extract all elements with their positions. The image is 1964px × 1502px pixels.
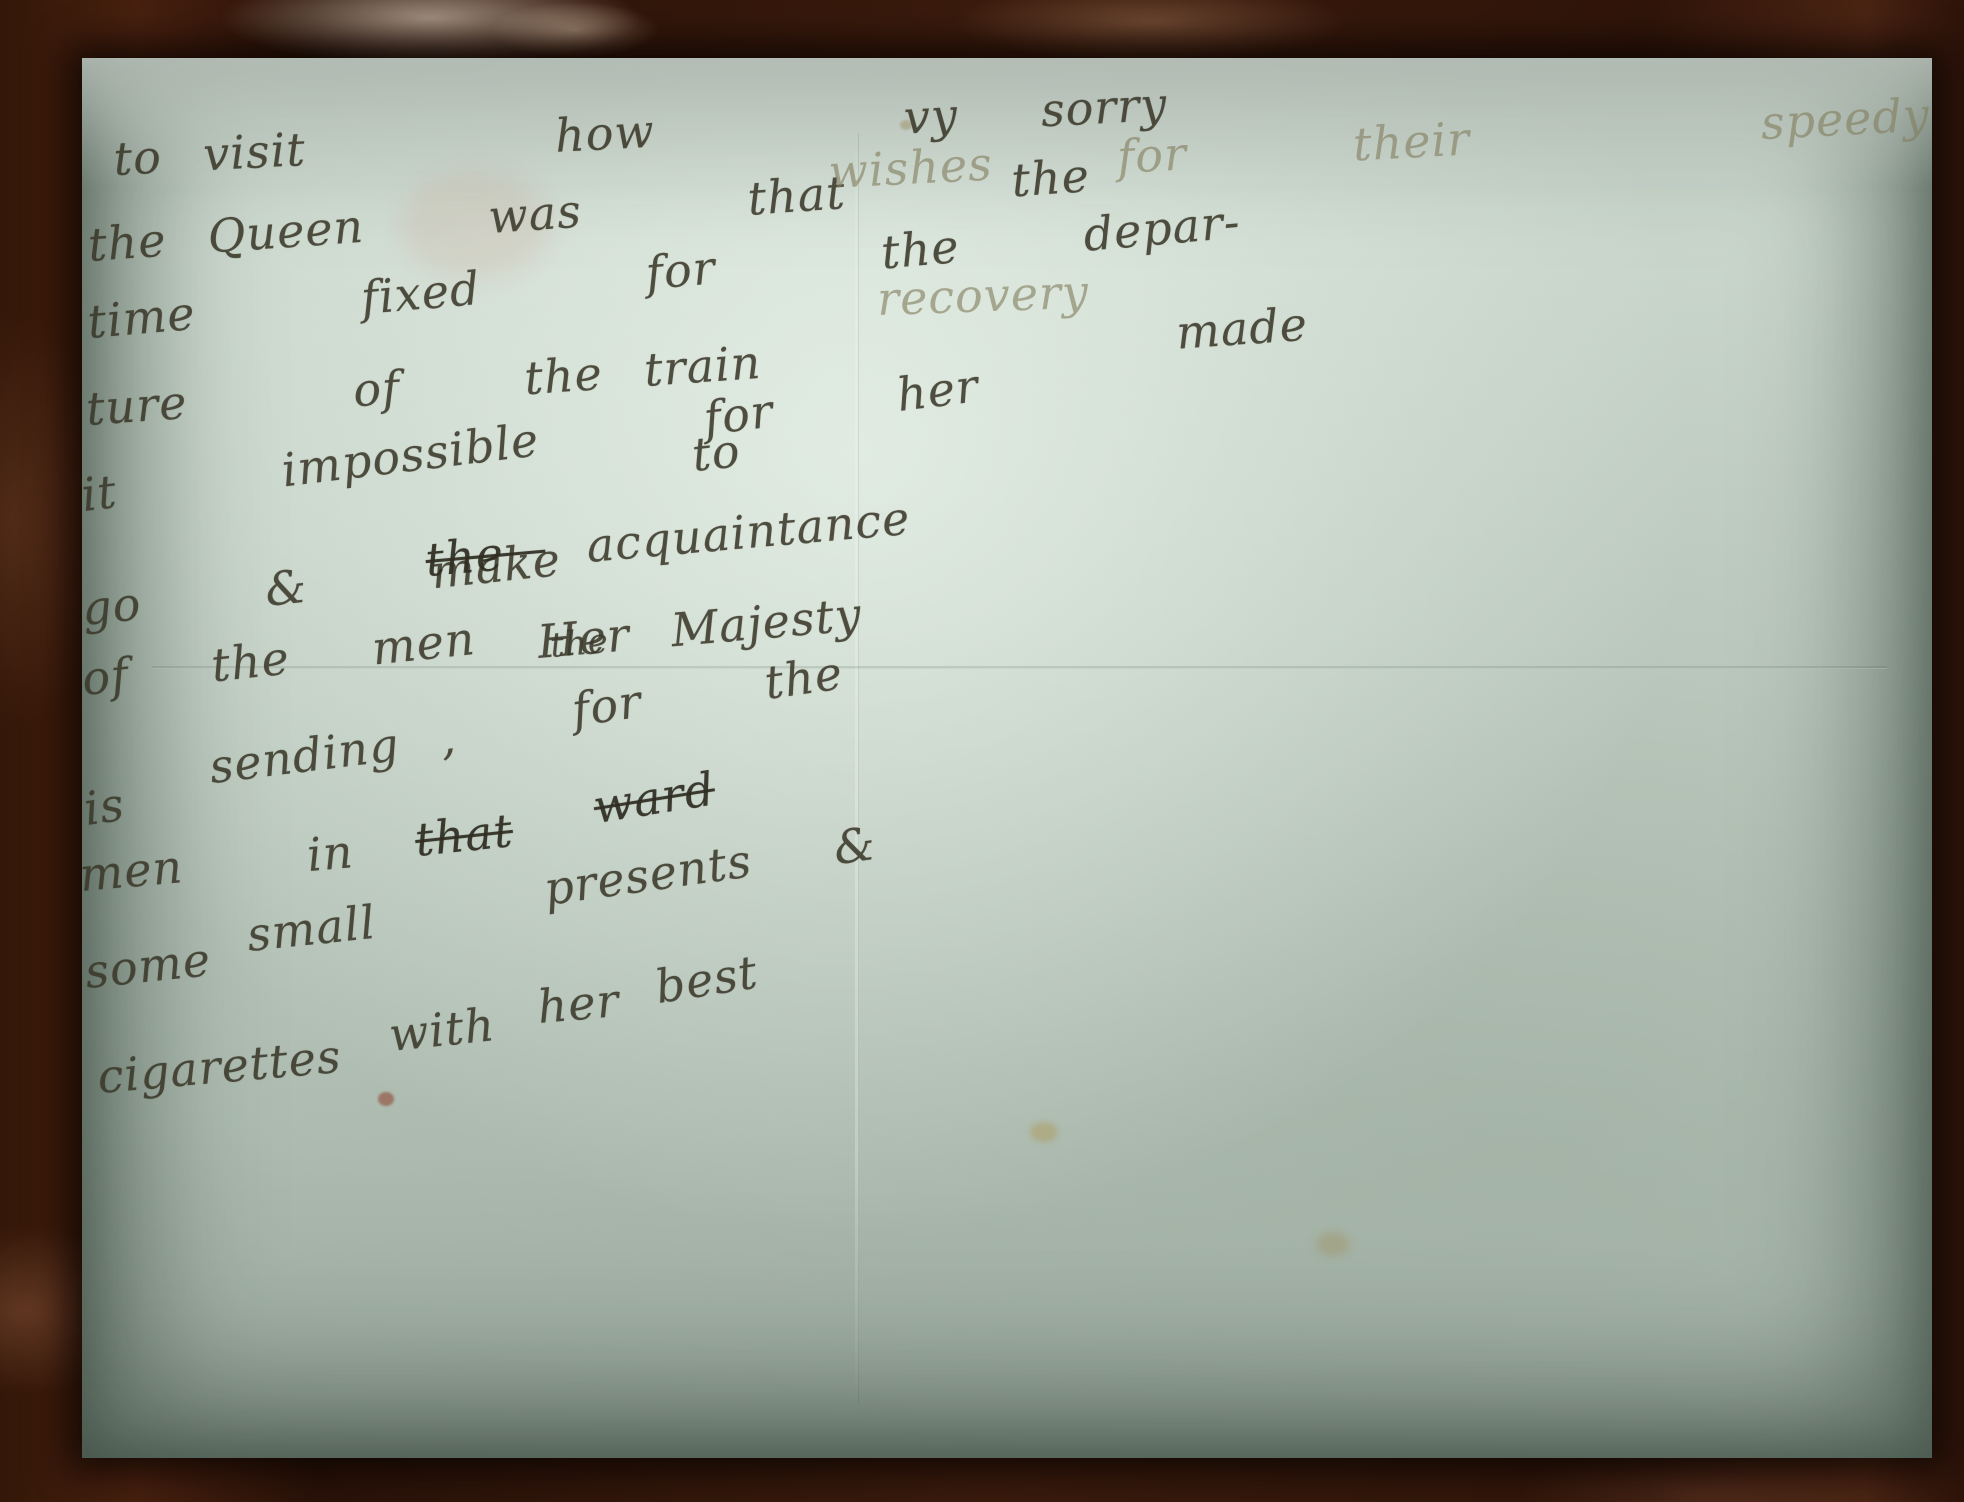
handwritten-word: small <box>244 895 378 962</box>
handwritten-word: is <box>80 777 127 836</box>
handwritten-word: with <box>386 997 497 1062</box>
handwritten-line: ward <box>590 762 719 834</box>
handwritten-line: that <box>412 803 515 867</box>
handwritten-word: best <box>652 945 762 1014</box>
handwritten-line: is <box>80 777 127 836</box>
handwritten-line: her <box>535 973 621 1034</box>
handwritten-word: sending , <box>206 710 459 794</box>
handwritten-line: cigarettes <box>95 1029 343 1104</box>
handwritten-word: some <box>82 932 213 999</box>
handwritten-line: to <box>689 423 743 482</box>
struck-word: the <box>423 523 547 587</box>
handwritten-line: sending , <box>206 710 459 794</box>
handwritten-line: the acquaintance <box>423 491 912 587</box>
handwritten-word: presents & <box>540 816 879 916</box>
photograph: to visit how vy sorrythe Queen was that … <box>0 0 1964 1502</box>
handwriting-layer: to visit how vy sorrythe Queen was that … <box>0 0 1964 1502</box>
handwritten-line: men in <box>77 824 355 902</box>
handwritten-line: some <box>82 932 213 999</box>
handwritten-line: presents & <box>540 816 879 916</box>
handwritten-word: her <box>535 973 621 1034</box>
handwritten-word: cigarettes <box>95 1029 343 1104</box>
handwritten-word: men in <box>77 824 355 902</box>
handwritten-word: to <box>689 423 743 482</box>
handwritten-word: acquaintance <box>543 491 912 577</box>
struck-word: ward <box>590 762 719 834</box>
struck-word: that <box>412 803 515 867</box>
handwritten-word: recovery <box>876 265 1090 326</box>
handwritten-line: small <box>244 895 378 962</box>
handwritten-line: best <box>652 945 762 1014</box>
handwritten-line: recovery <box>876 265 1090 326</box>
handwritten-line: with <box>386 997 497 1062</box>
